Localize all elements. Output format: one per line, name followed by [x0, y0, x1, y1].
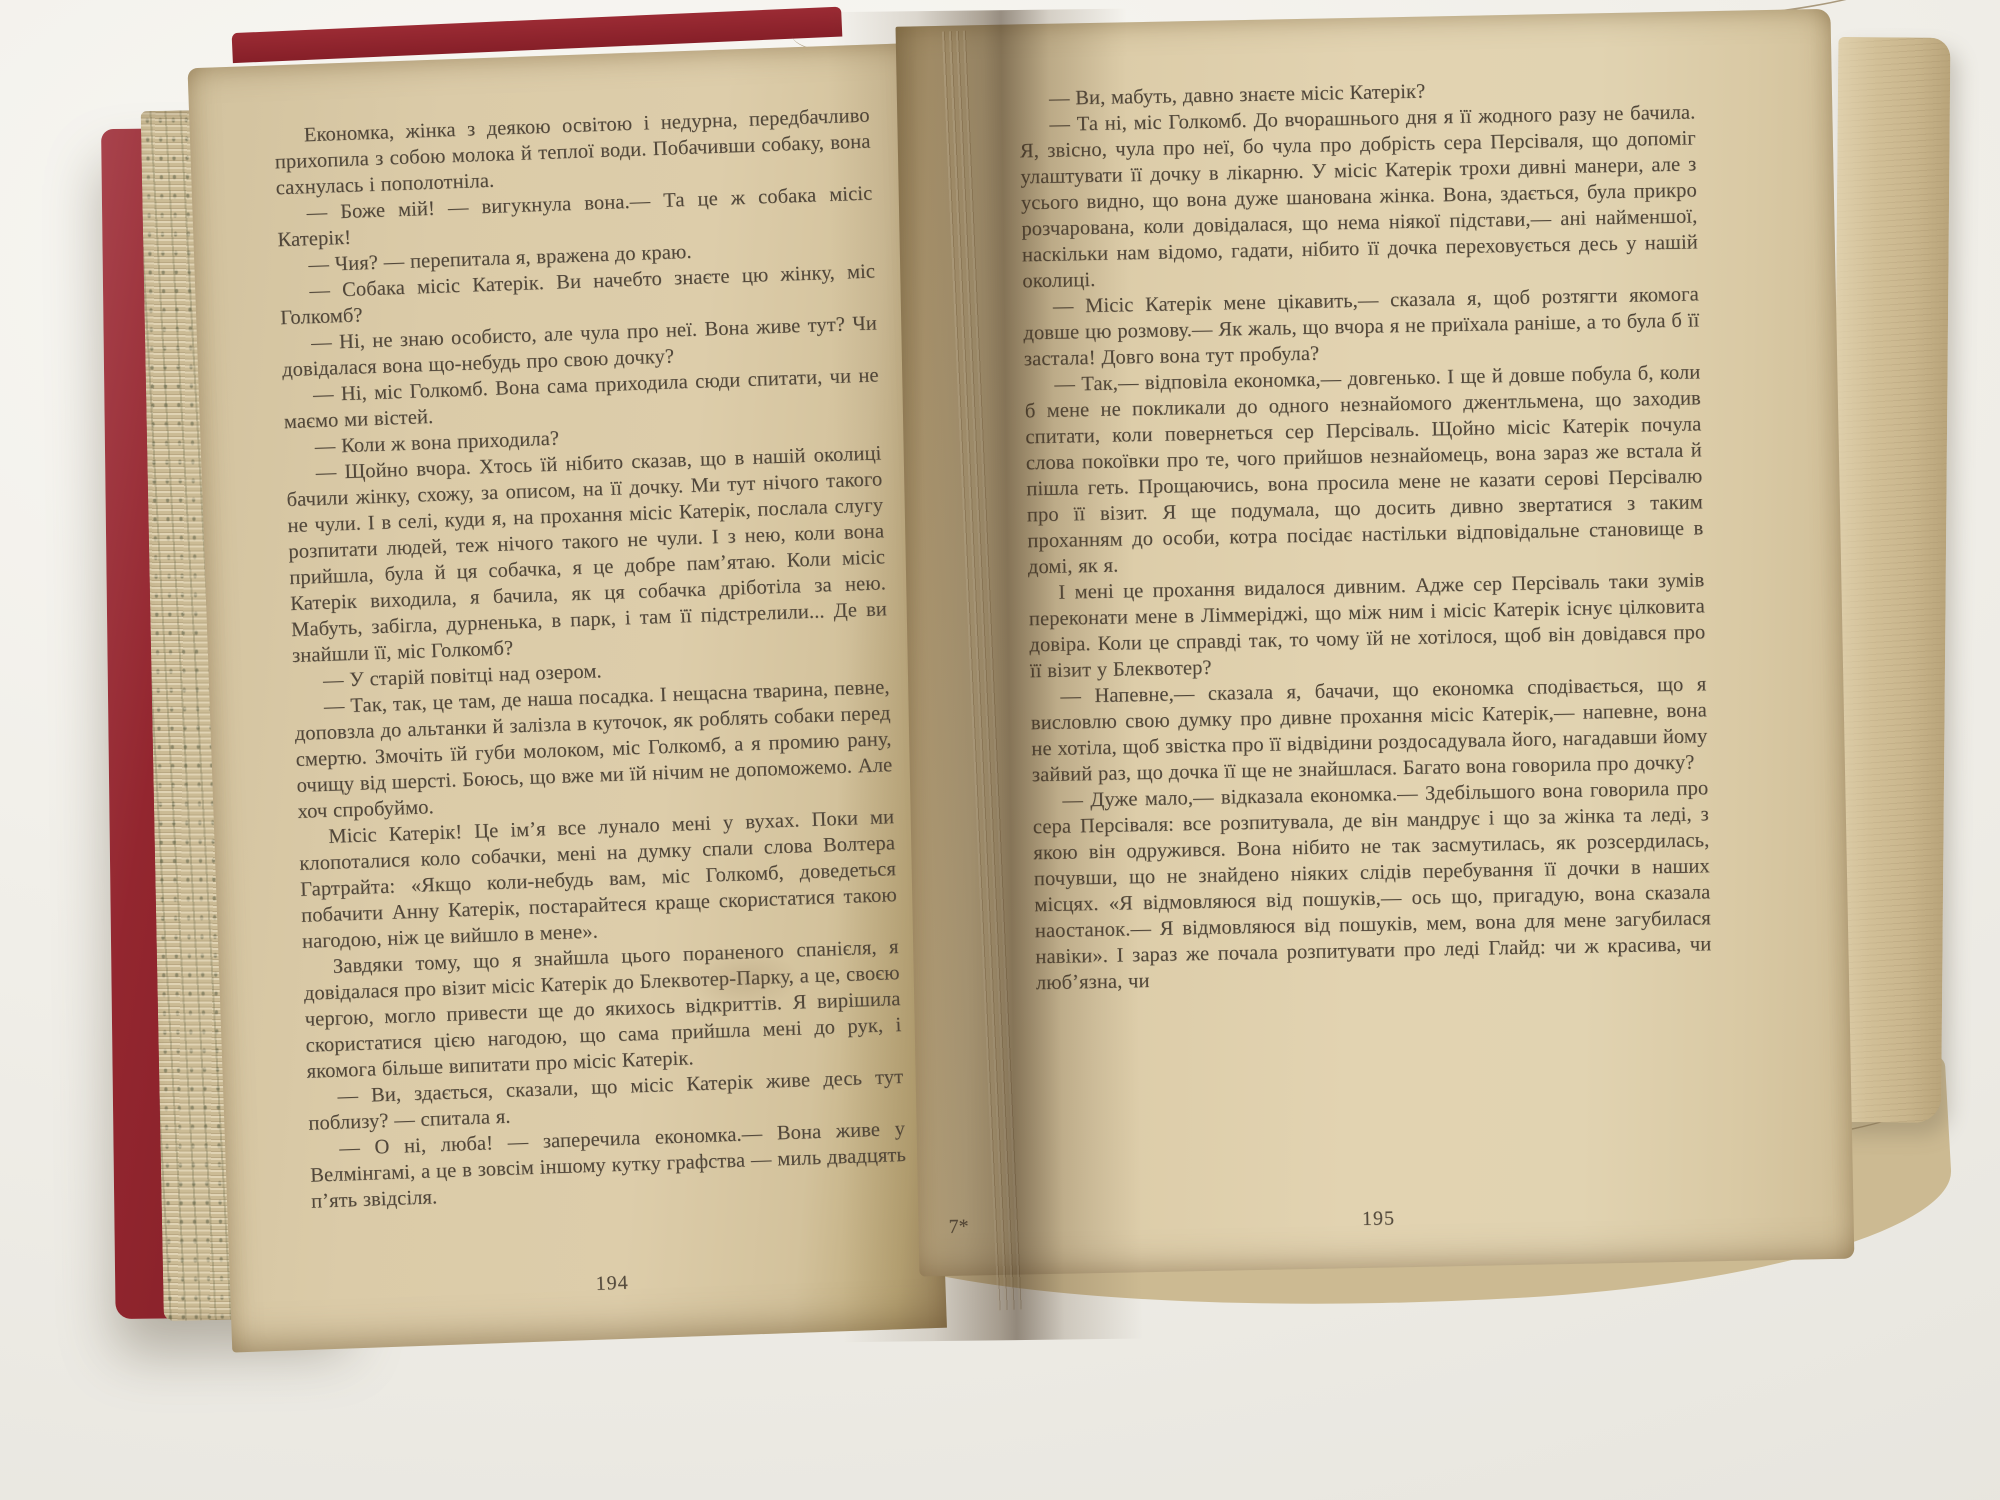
- page-number-right-value: 195: [1362, 1207, 1395, 1230]
- left-page: Економка, жінка з деякою освітою і недур…: [188, 43, 947, 1352]
- page-number-left: 194: [314, 1260, 911, 1307]
- paragraph: — Напевне,— сказала я, бачачи, що економ…: [1030, 671, 1708, 788]
- paragraph: — Та ні, міс Голкомб. До вчорашнього дня…: [1019, 99, 1698, 294]
- right-page: — Ви, мабуть, давно знаєте місіс Катерік…: [896, 9, 1855, 1277]
- paragraph: — Так, так, це там, де наша посадка. І н…: [293, 674, 893, 825]
- signature-mark: 7*: [948, 1214, 968, 1240]
- book-photo-scene: Економка, жінка з деякою освітою і недур…: [0, 0, 2000, 1500]
- paragraph: Завдяки тому, що я знайшла цього поранен…: [303, 934, 903, 1085]
- paragraph: — Щойно вчора. Хтось їй нібито сказав, щ…: [285, 440, 888, 669]
- right-page-text: — Ви, мабуть, давно знаєте місіс Катерік…: [1019, 73, 1712, 996]
- paragraph: І мені це прохання видалося дивним. Адже…: [1028, 567, 1706, 684]
- page-number-right: 7* 195: [1040, 1199, 1716, 1238]
- paragraph: Місіс Катерік! Це ім’я все лунало мені у…: [298, 804, 898, 955]
- paragraph: — Дуже мало,— відказала економка.— Здебі…: [1032, 775, 1712, 996]
- paragraph: — Місіс Катерік мене цікавить,— сказала …: [1023, 281, 1700, 372]
- open-book: Економка, жінка з деякою освітою і недур…: [82, 0, 1959, 1391]
- left-page-text: Економка, жінка з деякою освітою і недур…: [274, 103, 908, 1215]
- paragraph: — Так,— відповіла економка,— довгенько. …: [1024, 359, 1704, 580]
